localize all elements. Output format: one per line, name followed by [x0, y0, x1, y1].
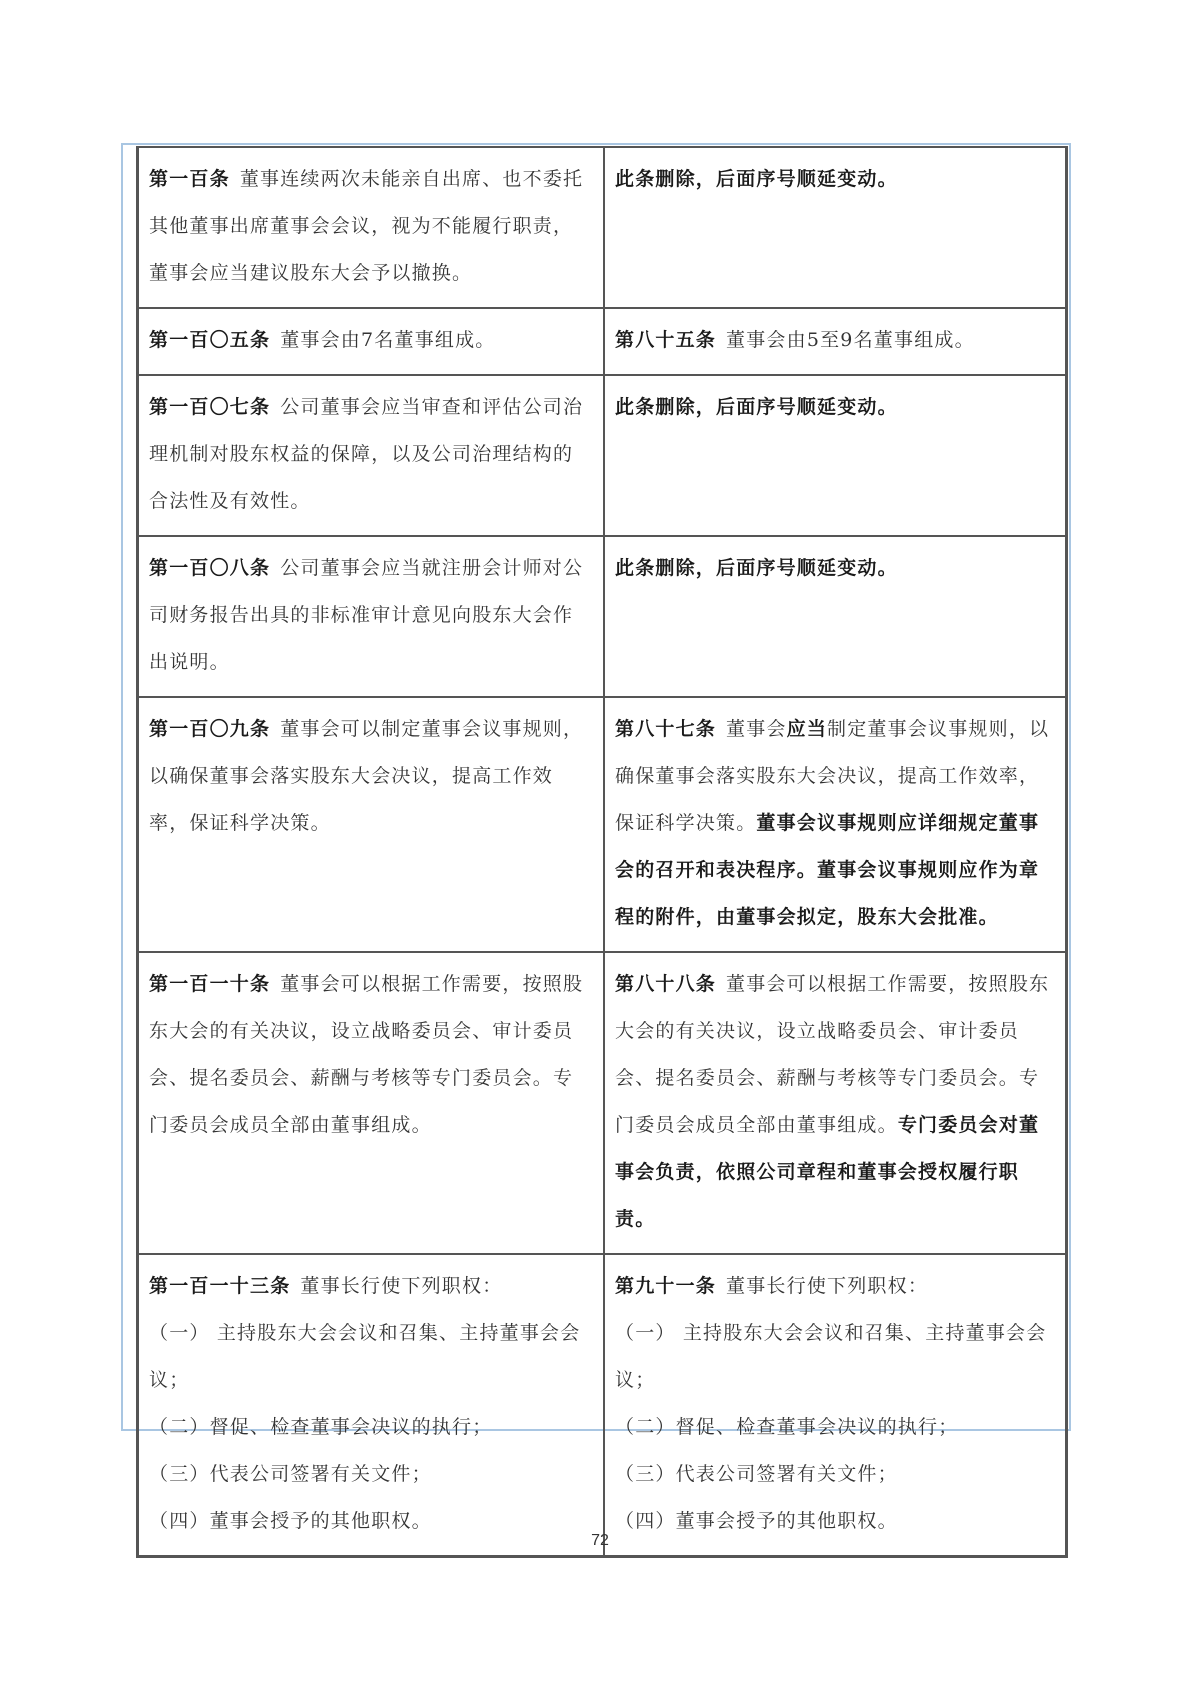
- table-row: 第一百一十三条董事长行使下列职权： （一） 主持股东大会会议和召集、主持董事会会…: [138, 1254, 1067, 1557]
- article-text: 董事会可以根据工作需要，按照股东大会的有关决议，设立战略委员会、审计委员会、提名…: [149, 973, 583, 1136]
- revised-article-cell: 此条删除，后面序号顺延变动。: [604, 147, 1067, 308]
- article-number: 第一百条: [149, 168, 230, 190]
- article-text: 董事会由5至9名董事组成。: [726, 329, 975, 351]
- revised-article-cell: 此条删除，后面序号顺延变动。: [604, 536, 1067, 697]
- articles-comparison-table: 第一百条董事连续两次未能亲自出席、也不委托其他董事出席董事会会议，视为不能履行职…: [136, 146, 1068, 1558]
- deletion-note: 此条删除，后面序号顺延变动。: [615, 396, 898, 418]
- article-text: 董事会: [726, 718, 787, 740]
- article-number: 第一百一十条: [149, 973, 270, 995]
- original-article-cell: 第一百一十条董事会可以根据工作需要，按照股东大会的有关决议，设立战略委员会、审计…: [138, 952, 605, 1254]
- article-number: 第一百〇八条: [149, 557, 270, 579]
- original-article-cell: 第一百〇八条公司董事会应当就注册会计师对公司财务报告出具的非标准审计意见向股东大…: [138, 536, 605, 697]
- original-article-cell: 第一百一十三条董事长行使下列职权： （一） 主持股东大会会议和召集、主持董事会会…: [138, 1254, 605, 1557]
- article-number: 第八十八条: [615, 973, 716, 995]
- list-item: （一） 主持股东大会会议和召集、主持董事会会议；: [615, 1310, 1055, 1404]
- article-text: 董事长行使下列职权：: [300, 1275, 502, 1297]
- table-row: 第一百〇九条董事会可以制定董事会议事规则，以确保董事会落实股东大会决议，提高工作…: [138, 697, 1067, 952]
- article-number: 第八十五条: [615, 329, 716, 351]
- list-item: （三）代表公司签署有关文件；: [615, 1451, 1055, 1498]
- original-article-cell: 第一百〇七条公司董事会应当审查和评估公司治理机制对股东权益的保障，以及公司治理结…: [138, 375, 605, 536]
- list-item: （三）代表公司签署有关文件；: [149, 1451, 593, 1498]
- article-text: 董事长行使下列职权：: [726, 1275, 928, 1297]
- page-number: 72: [0, 1532, 1200, 1550]
- article-text: 董事会由7名董事组成。: [280, 329, 495, 351]
- article-number: 第八十七条: [615, 718, 716, 740]
- list-item: （二）督促、检查董事会决议的执行；: [149, 1404, 593, 1451]
- deletion-note: 此条删除，后面序号顺延变动。: [615, 168, 898, 190]
- revised-article-cell: 此条删除，后面序号顺延变动。: [604, 375, 1067, 536]
- article-number: 第一百一十三条: [149, 1275, 290, 1297]
- article-number: 第一百〇七条: [149, 396, 270, 418]
- table-row: 第一百一十条董事会可以根据工作需要，按照股东大会的有关决议，设立战略委员会、审计…: [138, 952, 1067, 1254]
- revised-article-cell: 第八十八条董事会可以根据工作需要，按照股东大会的有关决议，设立战略委员会、审计委…: [604, 952, 1067, 1254]
- table-row: 第一百〇八条公司董事会应当就注册会计师对公司财务报告出具的非标准审计意见向股东大…: [138, 536, 1067, 697]
- table-row: 第一百〇五条董事会由7名董事组成。 第八十五条董事会由5至9名董事组成。: [138, 308, 1067, 375]
- article-number: 第一百〇九条: [149, 718, 270, 740]
- table-row: 第一百条董事连续两次未能亲自出席、也不委托其他董事出席董事会会议，视为不能履行职…: [138, 147, 1067, 308]
- deletion-note: 此条删除，后面序号顺延变动。: [615, 557, 898, 579]
- article-number: 第九十一条: [615, 1275, 716, 1297]
- revised-article-cell: 第八十五条董事会由5至9名董事组成。: [604, 308, 1067, 375]
- revised-article-cell: 第八十七条董事会应当制定董事会议事规则，以确保董事会落实股东大会决议，提高工作效…: [604, 697, 1067, 952]
- added-text: 应当: [787, 718, 827, 740]
- list-item: （二）督促、检查董事会决议的执行；: [615, 1404, 1055, 1451]
- article-text: 董事会可以根据工作需要，按照股东大会的有关决议，设立战略委员会、审计委员会、提名…: [615, 973, 1049, 1136]
- original-article-cell: 第一百〇五条董事会由7名董事组成。: [138, 308, 605, 375]
- article-number: 第一百〇五条: [149, 329, 270, 351]
- list-item: （一） 主持股东大会会议和召集、主持董事会会议；: [149, 1310, 593, 1404]
- original-article-cell: 第一百条董事连续两次未能亲自出席、也不委托其他董事出席董事会会议，视为不能履行职…: [138, 147, 605, 308]
- original-article-cell: 第一百〇九条董事会可以制定董事会议事规则，以确保董事会落实股东大会决议，提高工作…: [138, 697, 605, 952]
- revised-article-cell: 第九十一条董事长行使下列职权： （一） 主持股东大会会议和召集、主持董事会会议；…: [604, 1254, 1067, 1557]
- table-row: 第一百〇七条公司董事会应当审查和评估公司治理机制对股东权益的保障，以及公司治理结…: [138, 375, 1067, 536]
